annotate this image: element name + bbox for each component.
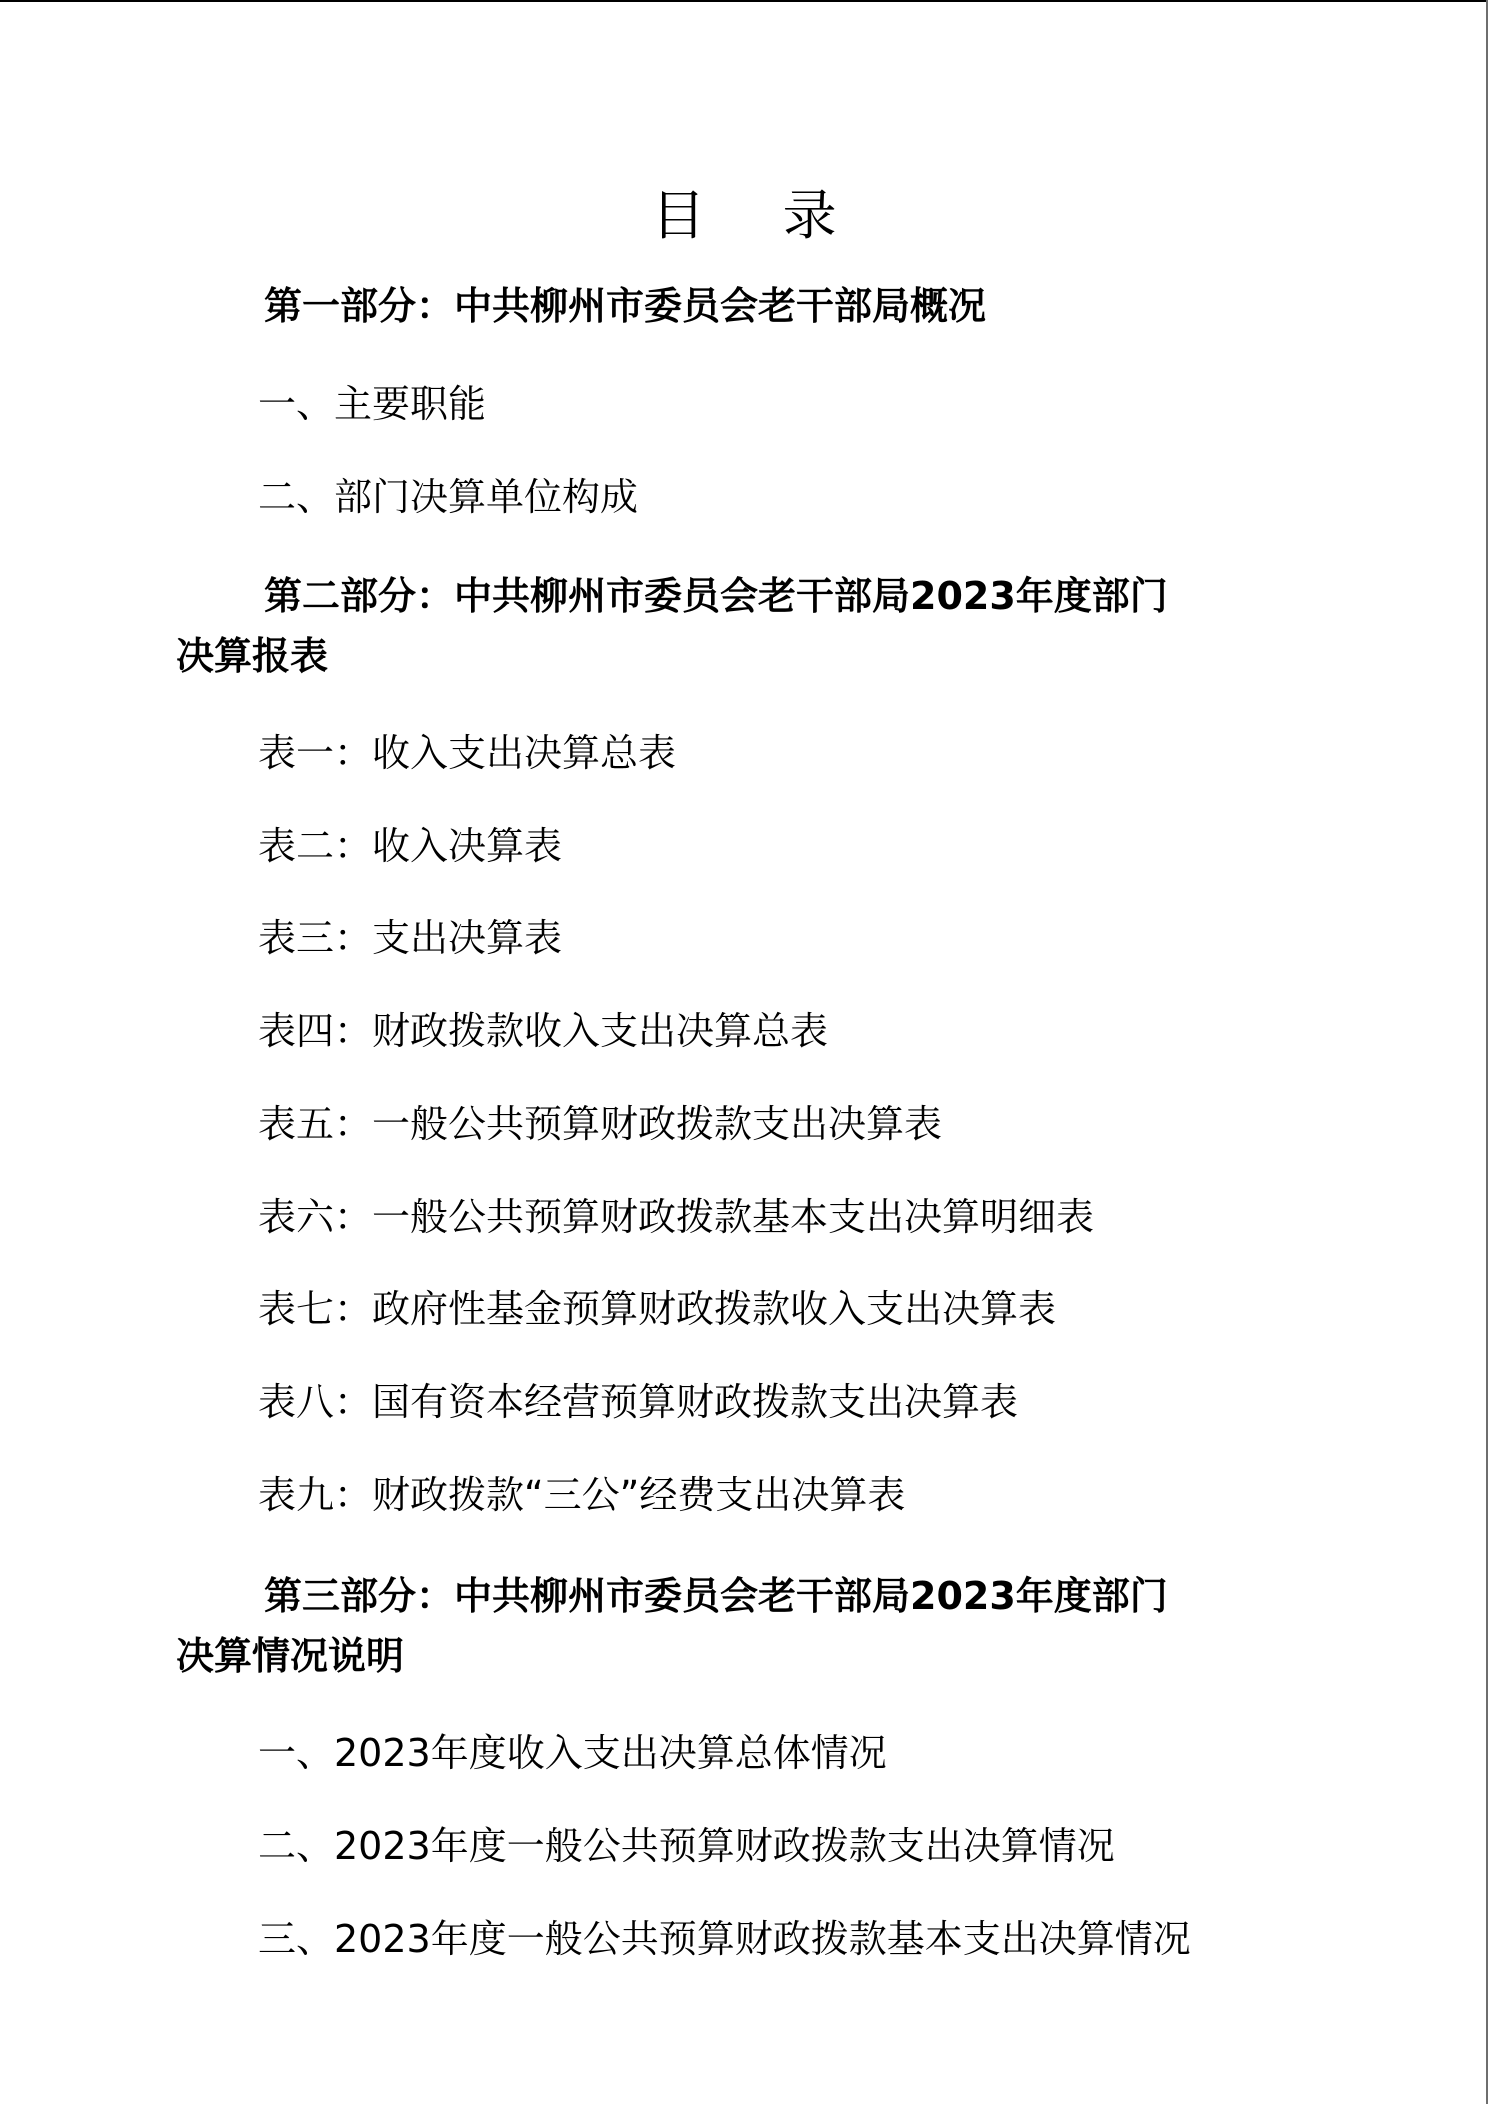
section-heading-part-3: 第三部分：中共柳州市委员会老干部局2023年度部门决算情况说明 <box>176 1566 1196 1686</box>
toc-item-table-9: 表九：财政拨款“三公”经费支出决算表 <box>258 1472 905 1518</box>
toc-item-table-2: 表二：收入决算表 <box>258 823 562 869</box>
toc-item-overall-situation: 一、2023年度收入支出决算总体情况 <box>258 1730 887 1776</box>
toc-item-main-functions: 一、主要职能 <box>258 381 486 427</box>
toc-item-table-7: 表七：政府性基金预算财政拨款收入支出决算表 <box>258 1286 1056 1332</box>
toc-item-general-budget-expenditure: 二、2023年度一般公共预算财政拨款支出决算情况 <box>258 1823 1115 1869</box>
document-page: 目 录 第一部分：中共柳州市委员会老干部局概况 一、主要职能 二、部门决算单位构… <box>0 0 1488 2104</box>
toc-item-unit-composition: 二、部门决算单位构成 <box>258 474 638 520</box>
section-heading-part-1: 第一部分：中共柳州市委员会老干部局概况 <box>176 276 1196 336</box>
toc-item-table-5: 表五：一般公共预算财政拨款支出决算表 <box>258 1101 942 1147</box>
toc-item-table-3: 表三：支出决算表 <box>258 915 562 961</box>
toc-title: 目 录 <box>0 184 1488 248</box>
toc-item-table-8: 表八：国有资本经营预算财政拨款支出决算表 <box>258 1379 1018 1425</box>
toc-item-table-4: 表四：财政拨款收入支出决算总表 <box>258 1008 828 1054</box>
toc-item-table-6: 表六：一般公共预算财政拨款基本支出决算明细表 <box>258 1194 1094 1240</box>
section-heading-part-2: 第二部分：中共柳州市委员会老干部局2023年度部门决算报表 <box>176 566 1196 686</box>
toc-item-basic-expenditure: 三、2023年度一般公共预算财政拨款基本支出决算情况 <box>258 1916 1191 1962</box>
toc-item-table-1: 表一：收入支出决算总表 <box>258 730 676 776</box>
